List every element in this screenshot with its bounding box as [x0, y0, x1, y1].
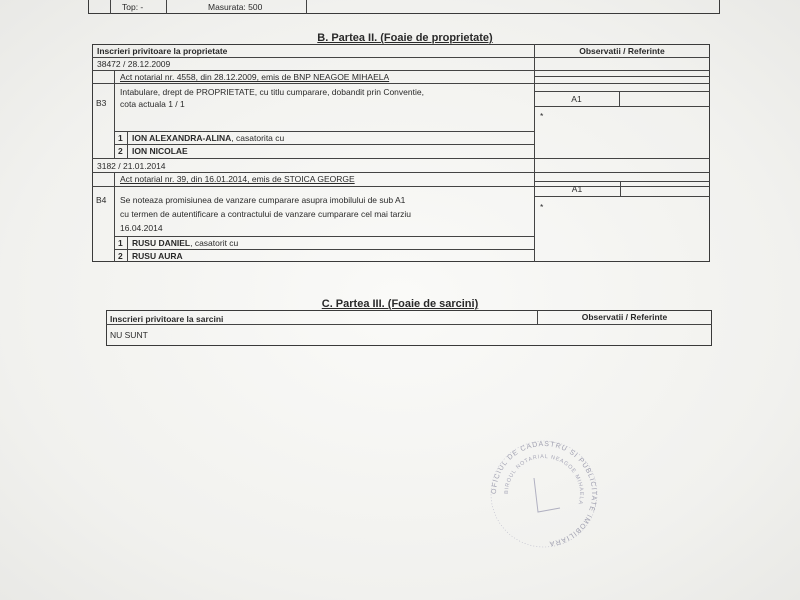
- notarial-act: Act notarial nr. 39, din 16.01.2014, emi…: [120, 175, 355, 184]
- owner-name: RUSU DANIEL: [132, 238, 190, 248]
- owner-name: ION NICOLAE: [132, 147, 188, 156]
- entry-id: B3: [96, 99, 106, 108]
- request-number: 3182 / 21.01.2014: [97, 162, 166, 171]
- entry-text: Intabulare, drept de PROPRIETATE, cu tit…: [120, 88, 424, 97]
- section-c-title: C. Partea III. (Foaie de sarcini): [100, 298, 700, 310]
- official-stamp: OFICIUL DE CADASTRU SI PUBLICITATE IMOBI…: [488, 438, 600, 550]
- entry-text: cu termen de autentificare a contractulu…: [120, 210, 411, 219]
- encumbrances-value: NU SUNT: [110, 331, 148, 340]
- owner: RUSU DANIEL, casatorit cu: [132, 239, 238, 248]
- entry-text: cota actuala 1 / 1: [120, 100, 185, 109]
- top-cell: Top: -: [122, 3, 143, 12]
- owner-suffix: , casatorita cu: [231, 133, 284, 143]
- entry-text: Se noteaza promisiunea de vanzare cumpar…: [120, 196, 405, 205]
- reference: A1: [534, 185, 620, 194]
- notarial-act: Act notarial nr. 4558, din 28.12.2009, e…: [120, 73, 389, 82]
- reference: A1: [534, 95, 619, 104]
- col-obs-header: Observatii / Referinte: [537, 313, 712, 322]
- owner-number: 2: [118, 147, 123, 156]
- top-table: [88, 0, 720, 14]
- col-main-header: Inscrieri privitoare la sarcini: [110, 315, 223, 324]
- col-main-header: Inscrieri privitoare la proprietate: [97, 47, 227, 56]
- owner-suffix: , casatorit cu: [190, 238, 238, 248]
- owner-number: 1: [118, 239, 123, 248]
- entry-id: B4: [96, 196, 106, 205]
- observation: *: [540, 203, 543, 212]
- owner-name: ION ALEXANDRA-ALINA: [132, 133, 231, 143]
- owner: ION ALEXANDRA-ALINA, casatorita cu: [132, 134, 284, 143]
- stamp-inner-text: BIROUL NOTARIAL NEAGOE MIHAELA: [504, 454, 584, 505]
- request-number: 38472 / 28.12.2009: [97, 60, 170, 69]
- owner-number: 2: [118, 252, 123, 261]
- measured-area: Masurata: 500: [208, 3, 262, 12]
- owner-number: 1: [118, 134, 123, 143]
- document-page: Top: - Masurata: 500 B. Partea II. (Foai…: [0, 0, 800, 600]
- section-b-title: B. Partea II. (Foaie de proprietate): [90, 32, 720, 44]
- entry-text: 16.04.2014: [120, 224, 163, 233]
- observation: *: [540, 112, 543, 121]
- col-obs-header: Observatii / Referinte: [534, 47, 710, 56]
- owner-name: RUSU AURA: [132, 252, 183, 261]
- svg-text:BIROUL NOTARIAL NEAGOE MIHAELA: BIROUL NOTARIAL NEAGOE MIHAELA: [504, 454, 584, 505]
